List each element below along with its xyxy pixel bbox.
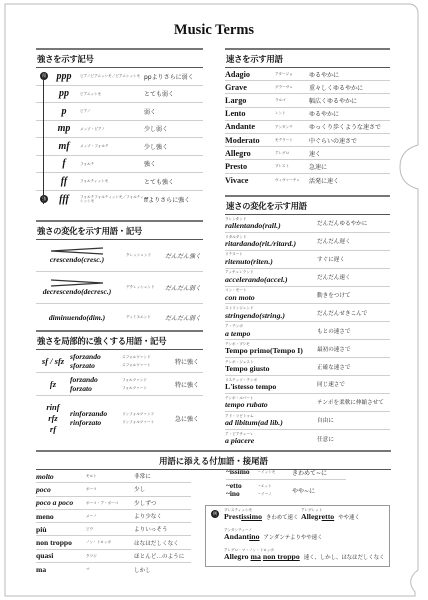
tempo-change-row: リタルダンドritardando(rit./ritard.)だんだん遅く — [225, 233, 390, 251]
tempo-term: Lento — [225, 109, 275, 118]
accent-readings: フォルツァンドフォルツァート — [122, 378, 170, 390]
dynamic-change-term: decrescendo(decresc.) — [43, 287, 112, 296]
tempo-term: Vivace — [225, 176, 275, 185]
tempo-change-meaning: 任意に — [315, 435, 390, 443]
example-meaning: アンダンテよりやや速く — [264, 533, 323, 541]
tempo-change-term-cell: アド・リビトゥムad libitum(ad lib.) — [225, 414, 315, 427]
tempo-change-row: リステッソ・テンポL'istesso tempo同じ速さで — [225, 376, 390, 394]
tempo-change-term: con moto — [225, 293, 315, 302]
dynamics-row: 弱pppピアノピアニッシモ／ピアニシッシモppよりさらに弱く — [36, 68, 203, 86]
accent-symbol: rfz — [48, 413, 57, 424]
page-title: Music Terms — [0, 22, 428, 39]
tempo-change-term-cell: テンポ・ジュストTempo giusto — [225, 360, 315, 373]
tempo-change-term-cell: アッチェレランドaccelerando(accel.) — [225, 270, 315, 283]
modifier-reading: マ — [82, 567, 134, 571]
accent-symbols: sf / sfz — [36, 356, 70, 367]
suffix-terms: ~issimo — [226, 468, 258, 477]
example-term-base: Prest — [224, 512, 241, 521]
tempo-change-row: ストリンジェンドstringendo(string.)だんだんせきこんで — [225, 304, 390, 322]
tempo-change-meaning: だんだんゆるやかに — [315, 219, 390, 227]
tempo-meaning: ゆるやかに — [309, 70, 390, 79]
examples-box: 例プレスティッシモPrestissimoきわめて速くアレグレットAllegret… — [205, 505, 390, 567]
modifier-reading: メーノ — [82, 514, 134, 518]
modifier-meaning: はなはだしくなく — [134, 539, 191, 547]
dynamic-reading: メッゾ・ピアノ — [76, 127, 144, 131]
accent-symbol: fz — [50, 379, 56, 390]
soft-badge-icon: 弱 — [40, 72, 48, 80]
modifier-term: poco a poco — [36, 498, 82, 507]
dynamics-arrow-line — [43, 76, 44, 204]
modifier-reading: クワジ — [82, 554, 134, 558]
modifier-term: meno — [36, 512, 82, 521]
dynamic-change-meaning: だんだん強く — [158, 251, 203, 260]
tempo-change-row: リテヌートritenuto(riten.)すぐに遅く — [225, 251, 390, 269]
modifier-meaning: しかし — [134, 566, 191, 574]
accent-terms: sforzandosforzato — [70, 352, 122, 370]
accent-reading: フォルツァンド — [122, 378, 170, 382]
accent-terms: forzandoforzato — [70, 375, 122, 393]
tempo-row: Largoラルゴ幅広くゆるやかに — [225, 94, 390, 107]
tempo-change-term-cell: ア・ピアチェーレa piacere — [225, 432, 315, 445]
tempo-change-row: コン・モートcon moto動きをつけて — [225, 287, 390, 305]
dynamic-symbol: p — [52, 106, 76, 117]
dynamic-reading: メッゾ・フォルテ — [76, 144, 144, 148]
modifier-row: quasiクワジほとんど…のように — [36, 550, 191, 563]
suffix-term: ~issimo — [226, 468, 258, 477]
dynamics-row: mpメッゾ・ピアノ少し弱く — [36, 121, 203, 139]
accent-row: sf / sfzsforzandosforzatoスフォルツァンドスフォルツァー… — [36, 350, 203, 373]
modifier-meaning: ほとんど…のように — [134, 552, 191, 560]
tempo-change-term-cell: リタルダンドritardando(rit./ritard.) — [225, 235, 315, 248]
modifier-reading: ノン・トロッポ — [82, 540, 134, 544]
tempo-change-term: accelerando(accel.) — [225, 275, 315, 284]
accent-symbols: rinfrfzrf — [36, 402, 70, 435]
accent-term: forzato — [70, 384, 122, 393]
tempo-change-row: アッチェレランドaccelerando(accel.)だんだん速く — [225, 269, 390, 287]
modifier-term: molto — [36, 472, 82, 481]
modifier-meaning: 少しずつ — [134, 499, 191, 507]
tempo-meaning: 幅広くゆるやかに — [309, 96, 390, 105]
dynamic-reading: ピアニッシモ — [76, 92, 144, 96]
tempo-change-term-cell: コン・モートcon moto — [225, 288, 315, 301]
dynamic-symbol: pp — [52, 88, 76, 99]
modifier-row: poco a pocoポーコ・ア・ポーコ少しずつ — [36, 497, 191, 510]
accents-section: 強さを局部的に強くする用語・記号 sf / sfzsforzandosforza… — [36, 330, 203, 440]
tempo-change-term: a piacere — [225, 436, 315, 445]
tempo-row: Vivaceヴィヴァーチェ活発に速く — [225, 174, 390, 187]
modifier-term: più — [36, 525, 82, 534]
tempo-term: Moderato — [225, 136, 275, 145]
modifier-row: pocoポーコ少し — [36, 483, 191, 496]
modifier-row: piùピウよりいっそう — [36, 523, 191, 536]
example-term-suffix: issimo — [241, 512, 262, 521]
accent-symbols: fz — [36, 379, 70, 390]
dynamics-row: mfメッゾ・フォルテ少し強く — [36, 138, 203, 156]
modifier-reading: ポーコ — [82, 487, 134, 491]
tempo-change-meaning: 自由に — [315, 416, 390, 424]
tempo-change-term-cell: ストリンジェンドstringendo(string.) — [225, 306, 315, 319]
example-line: Allegrettoやや速く — [301, 512, 360, 521]
tempo-term: Adagio — [225, 70, 275, 79]
term-cell: diminuendo(dim.) — [36, 313, 118, 322]
dynamics-row: fフォルテ強く — [36, 156, 203, 174]
tempo-change-row: ア・ピアチェーレa piacere任意に — [225, 430, 390, 448]
dynamics-row: 強fffフォルテフォルティッシモ／フォルティシッシモffよりさらに強く — [36, 191, 203, 209]
tempo-change-row: アド・リビトゥムad libitum(ad lib.)自由に — [225, 412, 390, 430]
dynamic-change-reading: ディミヌエンド — [118, 315, 158, 319]
suffix-readings: ~エット~イーノ — [258, 484, 292, 496]
tempo-change-term: ad libitum(ad lib.) — [225, 418, 315, 427]
modifier-meaning: より少なく — [134, 512, 191, 520]
dynamic-symbol: ppp — [52, 71, 76, 82]
accent-symbol: rinf — [46, 402, 59, 413]
tempo-reading: ヴィヴァーチェ — [275, 178, 309, 182]
modifier-term: ma — [36, 565, 82, 574]
tempo-reading: プレスト — [275, 164, 309, 168]
tempo-term: Presto — [225, 162, 275, 171]
example-item: アレグレットAllegrettoやや速く — [301, 508, 360, 521]
suffix-row: ~issimo~イッシモきわめて~に — [226, 466, 346, 480]
tempo-row: Adagioアダージョゆるやかに — [225, 68, 390, 81]
tempo-change-row: ア・テンポa tempoもとの速さで — [225, 322, 390, 340]
term-cell: crescendo(cresc.) — [36, 247, 118, 264]
tempo-reading: ラルゴ — [275, 98, 309, 102]
dynamic-symbol: mp — [52, 123, 76, 134]
accent-symbol: sf / sfz — [42, 356, 64, 367]
example-term-base: Andant — [224, 532, 249, 541]
accent-readings: リンフォルツァンドリンフォルツァート — [122, 412, 170, 424]
accent-row: rinfrfzrfrinforzandorinforzatoリンフォルツァンドリ… — [36, 396, 203, 440]
suffix-term: ~ino — [226, 490, 258, 499]
tempo-change-meaning: 正確な速さで — [315, 363, 390, 371]
tempo-change-meaning: 同じ速さで — [315, 380, 390, 388]
accent-term: sforzato — [70, 361, 122, 370]
example-line: Allegro ma non troppo速く、しかし、はなはだしくなく — [224, 552, 385, 561]
tempo-heading: 速さを示す用語 — [225, 48, 390, 68]
suffix-readings: ~イッシモ — [258, 470, 292, 474]
example-meaning: やや速く — [338, 513, 360, 521]
tempo-term: Allegro — [225, 149, 275, 158]
dynamic-reading: フォルテフォルティッシモ／フォルティシッシモ — [76, 195, 144, 204]
dynamic-meaning: とても弱く — [144, 89, 203, 98]
modifier-term: poco — [36, 485, 82, 494]
dynamic-change-row: diminuendo(dim.)ディミヌエンドだんだん弱く — [36, 304, 203, 330]
accent-meaning: 急に強く — [170, 414, 203, 423]
tempo-meaning: 活発に速く — [309, 176, 390, 185]
dynamic-symbol: f — [52, 158, 76, 169]
modifier-reading: モルト — [82, 474, 134, 478]
tempo-change-heading: 速さの変化を示す用語 — [225, 195, 390, 215]
tempo-meaning: ゆっくり歩くような速さで — [309, 122, 390, 131]
example-term-part: Allegro — [224, 552, 249, 561]
tempo-row: Prestoプレスト急速に — [225, 160, 390, 173]
dynamic-meaning: 少し弱く — [144, 124, 203, 133]
example-item: アレグロ・マ・ノン・トロッポAllegro ma non troppo速く、しか… — [224, 548, 385, 561]
tempo-change-row: テンポ・ジュストTempo giusto正確な速さで — [225, 358, 390, 376]
tempo-change-meaning: 最初の速さで — [315, 345, 390, 353]
tempo-reading: アンダンテ — [275, 125, 309, 129]
tempo-change-term: Tempo primo(Tempo I) — [225, 346, 315, 355]
tempo-row: Graveグラーヴェ重々しくゆるやかに — [225, 81, 390, 94]
tempo-meaning: 速く — [309, 149, 390, 158]
modifier-row: non troppoノン・トロッポはなはだしくなく — [36, 536, 191, 549]
dynamic-change-meaning: だんだん弱く — [158, 313, 203, 322]
example-line: Prestissimoきわめて速く — [224, 512, 298, 521]
example-term: Prestissimo — [224, 512, 262, 521]
tempo-row: Moderatoモデラート中ぐらいの速さで — [225, 134, 390, 147]
suffix-reading: ~エット — [258, 484, 292, 488]
tempo-term: Largo — [225, 96, 275, 105]
dynamic-reading: フォルテ — [76, 162, 144, 166]
tempo-change-term: rallentando(rall.) — [225, 221, 315, 230]
dynamics-row: ppピアニッシモとても弱く — [36, 86, 203, 104]
accent-term: rinforzando — [70, 409, 122, 418]
tempo-change-meaning: すぐに遅く — [315, 255, 390, 263]
tempo-meaning: 重々しくゆるやかに — [309, 83, 390, 92]
dynamic-change-meaning: だんだん弱く — [158, 283, 203, 292]
example-meaning: きわめて速く — [266, 513, 298, 521]
accent-meaning: 特に強く — [170, 380, 203, 389]
accent-reading: リンフォルツァンド — [122, 412, 170, 416]
suffix-meaning: やや~に — [292, 486, 346, 495]
dynamic-meaning: ffよりさらに強く — [144, 195, 203, 204]
example-term-base: Allegr — [301, 512, 322, 521]
dynamics-section: 強さを示す記号 弱pppピアノピアニッシモ／ピアニシッシモppよりさらに弱くpp… — [36, 48, 203, 208]
tempo-reading: レント — [275, 111, 309, 115]
suffix-row: ~etto~ino~エット~イーノやや~に — [226, 480, 346, 500]
tempo-meaning: 急速に — [309, 162, 390, 171]
tempo-meaning: ゆるやかに — [309, 109, 390, 118]
tempo-reading: アダージョ — [275, 72, 309, 76]
dynamic-meaning: 強く — [144, 159, 203, 168]
modifier-meaning: 非常に — [134, 472, 191, 480]
tempo-change-row: テンポ・ルバートtempo rubatoテンポを柔軟に伸縮させて — [225, 394, 390, 412]
example-term: Andantino — [224, 532, 260, 541]
dynamic-symbol: fff — [52, 194, 76, 205]
dynamic-meaning: 少し強く — [144, 142, 203, 151]
dynamic-symbol: ff — [52, 176, 76, 187]
suffix-reading: ~イーノ — [258, 492, 292, 496]
suffix-meaning: きわめて~に — [292, 468, 346, 477]
term-cell: decrescendo(decresc.) — [36, 279, 118, 296]
dynamics-heading: 強さを示す記号 — [36, 48, 203, 68]
loud-badge-icon: 強 — [40, 195, 48, 203]
example-term-suffix: ino — [249, 532, 259, 541]
example-meaning: 速く、しかし、はなはだしくなく — [304, 553, 385, 561]
dynamic-meaning: ppよりさらに弱く — [144, 72, 203, 81]
accent-reading: リンフォルツァート — [122, 420, 170, 424]
accent-symbol: rf — [50, 424, 56, 435]
tempo-change-term: Tempo giusto — [225, 364, 315, 373]
example-badge-icon: 例 — [211, 510, 219, 518]
decrescendo-hairpin-icon — [49, 279, 105, 287]
dynamic-reading: フォルティッシモ — [76, 179, 144, 183]
tempo-change-meaning: だんだんせきこんで — [315, 309, 390, 317]
tempo-change-term: stringendo(string.) — [225, 311, 315, 320]
dynamic-change-term: diminuendo(dim.) — [49, 313, 105, 322]
tempo-row: Lentoレントゆるやかに — [225, 108, 390, 121]
example-term-suffix: etto — [322, 512, 335, 521]
tempo-change-term-cell: リテヌートritenuto(riten.) — [225, 252, 315, 265]
dynamic-meaning: とても強く — [144, 177, 203, 186]
tempo-reading: アレグロ — [275, 151, 309, 155]
modifier-row: maマしかし — [36, 563, 191, 576]
example-line: Andantinoアンダンテよりやや速く — [224, 532, 322, 541]
tempo-change-section: 速さの変化を示す用語 ラレンタンドrallentando(rall.)だんだんゆ… — [225, 195, 390, 448]
example-item: プレスティッシモPrestissimoきわめて速く — [224, 508, 298, 521]
tempo-section: 速さを示す用語 AdagioアダージョゆるやかにGraveグラーヴェ重々しくゆる… — [225, 48, 390, 187]
tempo-change-term: L'istesso tempo — [225, 382, 315, 391]
tempo-change-row: ラレンタンドrallentando(rall.)だんだんゆるやかに — [225, 215, 390, 233]
modifier-row: menoメーノより少なく — [36, 510, 191, 523]
dynamic-meaning: 弱く — [144, 107, 203, 116]
tempo-change-term-cell: ラレンタンドrallentando(rall.) — [225, 217, 315, 230]
dynamics-row: ffフォルティッシモとても強く — [36, 173, 203, 191]
tempo-change-term-cell: ア・テンポa tempo — [225, 324, 315, 337]
modifier-meaning: よりいっそう — [134, 525, 191, 533]
example-term-part: ma — [251, 552, 261, 561]
badge-cell: 強 — [36, 195, 52, 203]
tempo-change-term: a tempo — [225, 329, 315, 338]
tempo-change-meaning: だんだん速く — [315, 273, 390, 281]
dynamic-symbol: mf — [52, 141, 76, 152]
accent-term: forzando — [70, 375, 122, 384]
crescendo-hairpin-icon — [49, 247, 105, 255]
modifier-term: non troppo — [36, 538, 82, 547]
example-term: Allegro ma non troppo — [224, 552, 300, 561]
accent-row: fzforzandoforzatoフォルツァンドフォルツァート特に強く — [36, 373, 203, 396]
dynamic-change-term: crescendo(cresc.) — [50, 255, 104, 264]
tempo-change-meaning: 動きをつけて — [315, 291, 390, 299]
suffix-reading: ~イッシモ — [258, 470, 292, 474]
dynamic-change-reading: デクレッシェンド — [118, 285, 158, 289]
tempo-change-term-cell: テンポ・プリモTempo primo(Tempo I) — [225, 342, 315, 355]
accent-term: sforzando — [70, 352, 122, 361]
modifier-term: quasi — [36, 551, 82, 560]
example-term: Allegretto — [301, 512, 334, 521]
tempo-change-term: tempo rubato — [225, 400, 315, 409]
dynamic-change-heading: 強さの変化を示す用語・記号 — [36, 220, 203, 240]
tempo-term: Andante — [225, 122, 275, 131]
dynamic-reading: ピアノピアニッシモ／ピアニシッシモ — [76, 74, 144, 78]
tempo-reading: モデラート — [275, 138, 309, 142]
tempo-reading: グラーヴェ — [275, 85, 309, 89]
tempo-change-meaning: もとの速さで — [315, 327, 390, 335]
accent-reading: フォルツァート — [122, 386, 170, 390]
tempo-change-term-cell: リステッソ・テンポL'istesso tempo — [225, 378, 315, 391]
tempo-change-meaning: テンポを柔軟に伸縮させて — [315, 398, 390, 406]
accent-reading: スフォルツァート — [122, 363, 170, 367]
accents-heading: 強さを局部的に強くする用語・記号 — [36, 330, 203, 350]
tempo-term: Grave — [225, 83, 275, 92]
dynamic-change-row: crescendo(cresc.)クレッシェンドだんだん強く — [36, 240, 203, 272]
suffix-terms: ~etto~ino — [226, 482, 258, 499]
badge-cell: 弱 — [36, 72, 52, 80]
accent-readings: スフォルツァンドスフォルツァート — [122, 355, 170, 367]
tempo-change-row: テンポ・プリモTempo primo(Tempo I)最初の速さで — [225, 340, 390, 358]
dynamic-change-reading: クレッシェンド — [118, 253, 158, 257]
tempo-change-term: ritardando(rit./ritard.) — [225, 239, 315, 248]
accent-terms: rinforzandorinforzato — [70, 409, 122, 427]
accent-term: rinforzato — [70, 418, 122, 427]
dynamic-change-row: decrescendo(decresc.)デクレッシェンドだんだん弱く — [36, 272, 203, 304]
tempo-row: Allegroアレグロ速く — [225, 147, 390, 160]
tempo-change-meaning: だんだん遅く — [315, 237, 390, 245]
accent-reading: スフォルツァンド — [122, 355, 170, 359]
modifier-meaning: 少し — [134, 485, 191, 493]
accent-meaning: 特に強く — [170, 357, 203, 366]
dynamic-change-section: 強さの変化を示す用語・記号 crescendo(cresc.)クレッシェンドだん… — [36, 220, 203, 330]
tempo-change-term-cell: テンポ・ルバートtempo rubato — [225, 396, 315, 409]
dynamics-row: pピアノ弱く — [36, 103, 203, 121]
modifier-reading: ポーコ・ア・ポーコ — [82, 501, 134, 505]
modifier-reading: ピウ — [82, 527, 134, 531]
tempo-meaning: 中ぐらいの速さで — [309, 136, 390, 145]
example-term-part: non troppo — [263, 552, 300, 561]
modifier-row: moltoモルト非常に — [36, 470, 191, 483]
tempo-row: Andanteアンダンテゆっくり歩くような速さで — [225, 121, 390, 134]
tempo-change-term: ritenuto(riten.) — [225, 257, 315, 266]
example-item: アンダンティーノAndantinoアンダンテよりやや速く — [224, 528, 322, 541]
dynamic-reading: ピアノ — [76, 109, 144, 113]
